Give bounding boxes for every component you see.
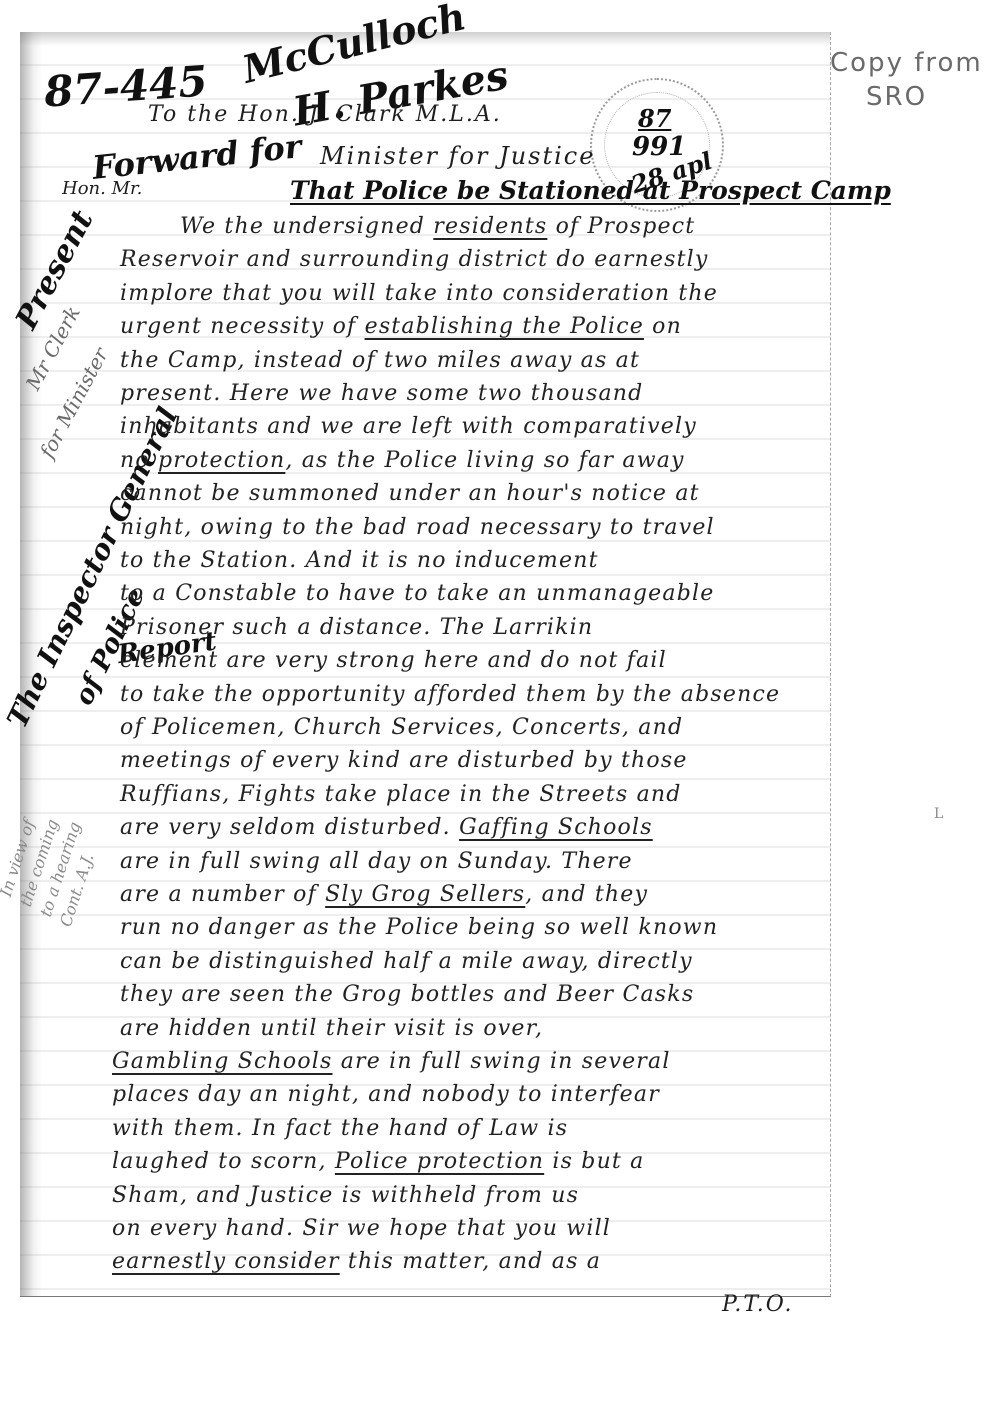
letter-line: run no danger as the Police being so wel… bbox=[120, 915, 718, 940]
addressee-line-2: Minister for Justice bbox=[320, 142, 595, 170]
letter-line: to take the opportunity afforded them by… bbox=[120, 682, 780, 707]
letter-line: element are very strong here and do not … bbox=[120, 648, 667, 673]
letter-line: are very seldom disturbed. Gaffing Schoo… bbox=[120, 815, 653, 840]
letter-line: Ruffians, Fights take place in the Stree… bbox=[120, 782, 682, 807]
letter-line: to the Station. And it is no inducement bbox=[120, 548, 599, 573]
letter-line: present. Here we have some two thousand bbox=[120, 381, 643, 406]
letter-line: urgent necessity of establishing the Pol… bbox=[120, 314, 682, 339]
letter-line: no protection, as the Police living so f… bbox=[120, 448, 685, 473]
letter-line: are hidden until their visit is over, bbox=[120, 1016, 543, 1041]
letter-line: Gambling Schools are in full swing in se… bbox=[112, 1049, 671, 1074]
letter-line: are in full swing all day on Sunday. The… bbox=[120, 849, 633, 874]
underlined-phrase: Gambling Schools bbox=[112, 1049, 333, 1074]
letter-line: of Policemen, Church Services, Concerts,… bbox=[120, 715, 683, 740]
letter-line: can be distinguished half a mile away, d… bbox=[120, 949, 693, 974]
letter-line: they are seen the Grog bottles and Beer … bbox=[120, 982, 694, 1007]
letter-line: implore that you will take into consider… bbox=[120, 281, 718, 306]
letter-line: the Camp, instead of two miles away as a… bbox=[120, 348, 640, 373]
underlined-phrase: establishing the Police bbox=[365, 314, 644, 339]
hon-prefix: Hon. Mr. bbox=[62, 178, 142, 199]
letter-line: on every hand. Sir we hope that you will bbox=[112, 1216, 611, 1241]
subject-line: That Police be Stationed at Prospect Cam… bbox=[290, 176, 891, 205]
underlined-phrase: protection bbox=[158, 448, 285, 473]
stray-mark: L bbox=[934, 806, 943, 822]
letter-line: night, owing to the bad road necessary t… bbox=[120, 515, 715, 540]
archive-note: Copy from SRO bbox=[830, 48, 983, 112]
letter-line: Sham, and Justice is withheld from us bbox=[112, 1183, 579, 1208]
letter-line: places day an night, and nobody to inter… bbox=[112, 1082, 660, 1107]
underlined-phrase: Sly Grog Sellers bbox=[325, 882, 525, 907]
letter-line: earnestly consider this matter, and as a bbox=[112, 1249, 601, 1274]
letter-line: Prisoner such a distance. The Larrikin bbox=[120, 615, 593, 640]
stamp-number-1: 87 bbox=[638, 104, 671, 133]
letter-line: meetings of every kind are disturbed by … bbox=[120, 748, 688, 773]
letter-line: to a Constable to have to take an unmana… bbox=[120, 581, 714, 606]
letter-line: cannot be summoned under an hour's notic… bbox=[120, 481, 700, 506]
letter-line: Reservoir and surrounding district do ea… bbox=[120, 247, 709, 272]
addressee-line-1: To the Hon. J. Clark M.L.A. bbox=[148, 102, 502, 127]
pto-marker: P.T.O. bbox=[722, 1292, 794, 1317]
underlined-phrase: residents bbox=[433, 214, 547, 239]
letter-line: with them. In fact the hand of Law is bbox=[112, 1116, 568, 1141]
letter-line: inhabitants and we are left with compara… bbox=[120, 414, 697, 439]
letter-line: laughed to scorn, Police protection is b… bbox=[112, 1149, 645, 1174]
underlined-phrase: Gaffing Schools bbox=[459, 815, 653, 840]
letter-line: We the undersigned residents of Prospect bbox=[180, 214, 695, 239]
underlined-phrase: Police protection bbox=[335, 1149, 544, 1174]
underlined-phrase: earnestly consider bbox=[112, 1249, 340, 1274]
letter-line: are a number of Sly Grog Sellers, and th… bbox=[120, 882, 648, 907]
